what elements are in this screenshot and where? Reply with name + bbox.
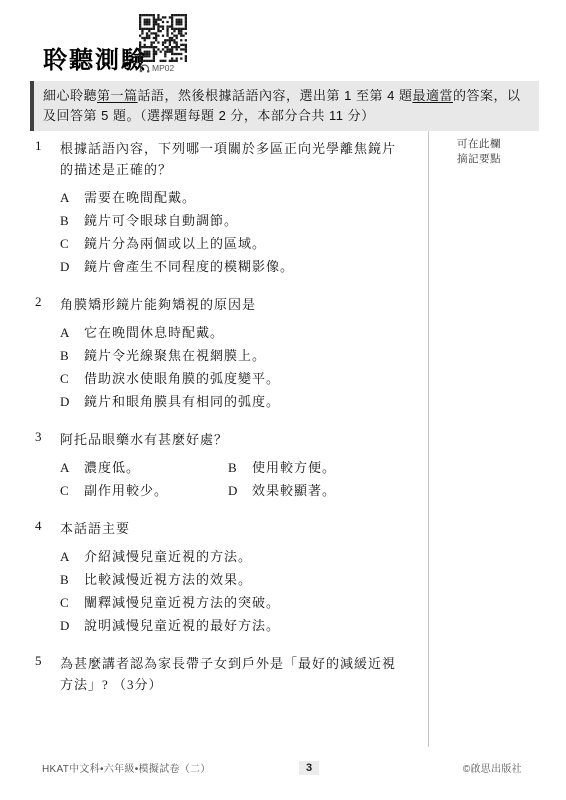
option-letter: D [228,483,252,499]
headphone-icon [139,64,150,73]
footer-publisher: ©啟思出版社 [463,760,522,775]
audio-track: MP02 [139,63,199,73]
footer-booklet-title: HKAT中文科•六年級•模擬試卷（二） [42,760,211,775]
option-text: 濃度低。 [84,460,140,476]
qr-block: MP02 [139,14,199,73]
option-text: 副作用較少。 [84,483,168,499]
option-text: 比較減慢近視方法的效果。 [84,572,252,588]
option-row: C 副作用較少。 [60,483,228,499]
page-number: 3 [299,761,319,775]
instruction-box: 細心聆聽第一篇話語，然後根據話語內容，選出第 1 至第 4 題最適當的答案，以及… [30,81,539,131]
option-row: A 濃度低。 [60,460,228,476]
option-row: B 鏡片令光線聚焦在視網膜上。 [60,348,404,364]
option-text: 鏡片令光線聚焦在視網膜上。 [84,348,266,364]
options-list: A 需要在晚間配戴。 B 鏡片可令眼球自動調節。 C 鏡片分為兩個或以上的區域。 [60,190,404,275]
option-letter: A [60,325,84,341]
content-area: 1 根據話語內容，下列哪一項關於多區正向光學離焦鏡片的描述是正確的？ A 需要在… [0,131,566,747]
option-text: 需要在晚間配戴。 [84,190,196,206]
option-row: B 使用較方便。 [228,460,404,476]
question-text: 本話語主要 [60,518,404,539]
option-text: 介紹減慢兒童近視的方法。 [84,549,252,565]
options-list: A 介紹減慢兒童近視的方法。 B 比較減慢近視方法的效果。 C 闡釋減慢兒童近視… [60,549,404,634]
option-letter: D [60,618,84,634]
question-3: 3 阿托品眼藥水有甚麼好處？ A 濃度低。 B 使用較方便。 C [35,429,404,506]
question-number: 5 [35,653,60,695]
option-letter: A [60,549,84,565]
option-letter: A [60,190,84,206]
margin-note-line2: 摘記要點 [457,152,501,167]
option-text: 效果較顯著。 [252,483,336,499]
option-row: A 介紹減慢兒童近視的方法。 [60,549,404,565]
exam-page: 聆聽測驗 MP02 細心聆聽第一篇話語，然後根據話語內容，選出第 1 至第 4 … [0,0,566,800]
option-text: 使用較方便。 [252,460,336,476]
options-list: A 它在晚間休息時配戴。 B 鏡片令光線聚焦在視網膜上。 C 借助淚水使眼角膜的… [60,325,404,410]
qr-code-icon [139,14,187,62]
option-row: D 說明減慢兒童近視的最好方法。 [60,618,404,634]
option-letter: B [60,348,84,364]
margin-note-line1: 可在此欄 [457,137,501,152]
option-text: 闡釋減慢兒童近視方法的突破。 [84,595,280,611]
question-text: 角膜矯形鏡片能夠矯視的原因是 [60,294,404,315]
option-letter: B [60,213,84,229]
question-5: 5 為甚麼講者認為家長帶子女到戶外是「最好的減緩近視方法」? （3分） [35,653,404,695]
question-2: 2 角膜矯形鏡片能夠矯視的原因是 A 它在晚間休息時配戴。 B 鏡片令光線聚焦在… [35,294,404,417]
option-letter: C [60,595,84,611]
option-row: D 效果較顯著。 [228,483,404,499]
option-text: 它在晚間休息時配戴。 [84,325,224,341]
option-letter: D [60,394,84,410]
notes-column: 可在此欄 摘記要點 [429,131,501,747]
option-row: C 借助淚水使眼角膜的弧度變平。 [60,371,404,387]
option-letter: C [60,483,84,499]
option-letter: C [60,371,84,387]
margin-note: 可在此欄 摘記要點 [457,137,501,167]
instruction-segment: 細心聆聽 [43,88,97,103]
question-number: 2 [35,294,60,417]
option-text: 鏡片可令眼球自動調節。 [84,213,238,229]
page-header: 聆聽測驗 MP02 [0,0,566,81]
page-footer: HKAT中文科•六年級•模擬試卷（二） 3 ©啟思出版社 [42,760,522,775]
question-number: 4 [35,518,60,641]
option-text: 借助淚水使眼角膜的弧度變平。 [84,371,280,387]
option-letter: A [60,460,84,476]
question-text: 為甚麼講者認為家長帶子女到戶外是「最好的減緩近視方法」? （3分） [60,653,404,695]
option-text: 鏡片會產生不同程度的模糊影像。 [84,259,294,275]
option-row: B 鏡片可令眼球自動調節。 [60,213,404,229]
question-4: 4 本話語主要 A 介紹減慢兒童近視的方法。 B 比較減慢近視方法的效果。 [35,518,404,641]
instruction-segment-underlined: 最適當 [412,88,453,103]
question-number: 1 [35,138,60,282]
option-letter: D [60,259,84,275]
question-text: 阿托品眼藥水有甚麼好處？ [60,429,404,450]
option-text: 鏡片分為兩個或以上的區域。 [84,236,266,252]
option-letter: C [60,236,84,252]
option-row: C 鏡片分為兩個或以上的區域。 [60,236,404,252]
option-text: 說明減慢兒童近視的最好方法。 [84,618,280,634]
instruction-segment-underlined: 第一篇 [97,88,138,103]
option-row: A 需要在晚間配戴。 [60,190,404,206]
page-title: 聆聽測驗 [43,40,147,75]
audio-track-label: MP02 [152,63,174,73]
question-text: 根據話語內容，下列哪一項關於多區正向光學離焦鏡片的描述是正確的？ [60,138,404,180]
question-1: 1 根據話語內容，下列哪一項關於多區正向光學離焦鏡片的描述是正確的？ A 需要在… [35,138,404,282]
option-letter: B [60,572,84,588]
option-text: 鏡片和眼角膜具有相同的弧度。 [84,394,280,410]
option-row: D 鏡片和眼角膜具有相同的弧度。 [60,394,404,410]
question-number: 3 [35,429,60,506]
questions-column: 1 根據話語內容，下列哪一項關於多區正向光學離焦鏡片的描述是正確的？ A 需要在… [35,131,429,747]
instruction-segment: 話語，然後根據話語內容，選出第 1 至第 4 題 [138,88,413,103]
options-grid: A 濃度低。 B 使用較方便。 C 副作用較少。 D [60,460,404,506]
option-row: D 鏡片會產生不同程度的模糊影像。 [60,259,404,275]
option-row: A 它在晚間休息時配戴。 [60,325,404,341]
option-row: B 比較減慢近視方法的效果。 [60,572,404,588]
option-row: C 闡釋減慢兒童近視方法的突破。 [60,595,404,611]
option-letter: B [228,460,252,476]
